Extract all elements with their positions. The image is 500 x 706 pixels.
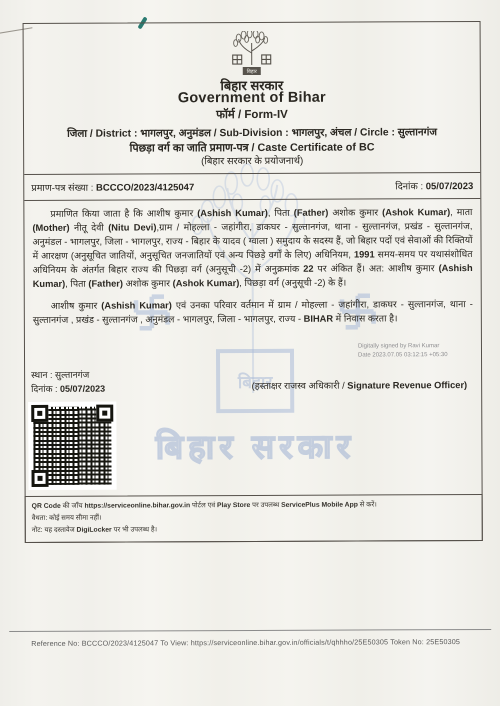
date-value: 05/07/2023 [60,384,105,394]
title-english: Government of Bihar [24,89,480,107]
certificate-number-label: प्रमाण-पत्र संख्या : [31,183,93,194]
certificate-frame: बिहार बिहार सरकार [23,21,483,543]
certificate-number: प्रमाण-पत्र संख्या : BCCCO/2023/4125047 [31,180,194,194]
qr-note-line3: नोट: यह दस्तावेज DigiLocker पर भी उपलब्ध… [32,523,476,537]
signature-officer-label: (हस्ताक्षर राजस्व अधिकारी / Signature Re… [252,378,468,392]
date-line: दिनांक : 05/07/2023 [31,383,105,397]
footer-divider [9,629,491,632]
certificate-page: बिहार बिहार सरकार [0,0,500,706]
qr-code [28,402,116,490]
purpose-line: (बिहार सरकार के प्रयोजनार्थ) [24,153,480,168]
certificate-meta-bar: प्रमाण-पत्र संख्या : BCCCO/2023/4125047 … [24,172,480,201]
qr-finder-icon [32,470,49,487]
emblem-plaque-text: बिहार [247,68,258,75]
form-line: फॉर्म / Form-IV [24,106,480,123]
place-value: सुल्तानगंज [55,370,89,380]
footer-reference: Reference No: BCCCO/2023/4125047 To View… [31,637,460,648]
place-date-block: स्थान : सुल्तानगंज दिनांक : 05/07/2023 [31,369,105,397]
date-label: दिनांक : [31,384,57,394]
digital-signature-line2: Date 2023.07.05 03:12:15 +05:30 [358,351,448,360]
qr-note-box: QR Code की जाँच https://serviceonline.bi… [25,494,483,543]
certificate-body: प्रमाणित किया जाता है कि आशीष कुमार (Ash… [24,206,481,335]
certificate-number-value: BCCCO/2023/4125047 [96,182,194,193]
place-line: स्थान : सुल्तानगंज [31,369,105,383]
body-paragraph-2: आशीष कुमार (Ashish Kumar) एवं उनका परिवा… [33,298,473,328]
digital-signature-line1: Digitally signed by Ravi Kumar [358,342,448,351]
watermark-text: बिहार सरकार [95,422,415,468]
scan-tilt-wrapper: बिहार बिहार सरकार [0,0,500,706]
place-label: स्थान : [31,370,52,380]
signature-label-english: Signature Revenue Officer) [347,380,467,391]
certificate-date: दिनांक : 05/07/2023 [395,179,473,192]
digital-signature: Digitally signed by Ravi Kumar Date 2023… [358,342,448,360]
body-paragraph-1: प्रमाणित किया जाता है कि आशीष कुमार (Ash… [32,206,472,292]
qr-finder-icon [96,405,113,422]
qr-finder-icon [31,405,48,422]
certificate-date-label: दिनांक : [395,181,423,192]
bihar-emblem-icon: बिहार [223,31,281,77]
certificate-date-value: 05/07/2023 [426,181,474,192]
signature-label-hindi: (हस्ताक्षर राजस्व अधिकारी / [252,381,348,391]
